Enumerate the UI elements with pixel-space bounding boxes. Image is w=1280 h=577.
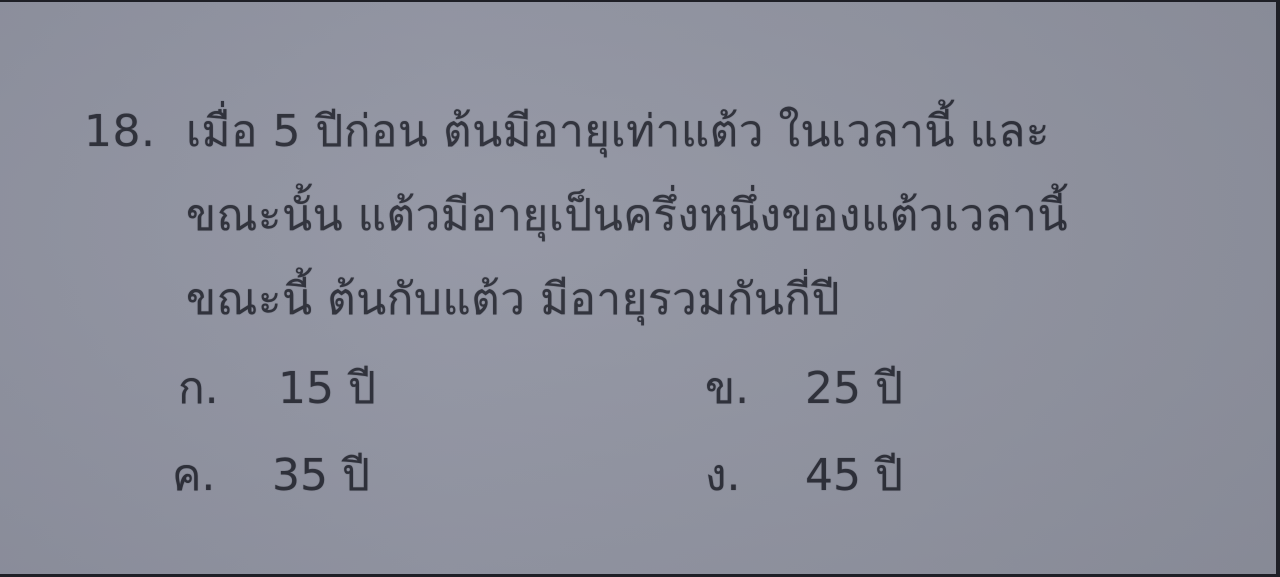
option-label: ง.	[705, 454, 805, 498]
option-b: ข.25 ปี	[705, 367, 903, 411]
option-c: ค.35 ปี	[172, 454, 370, 498]
option-value: 35 ปี	[272, 450, 370, 501]
question-line-1: เมื่อ 5 ปีก่อน ต้นมีอายุเท่าแต้ว ในเวลาน…	[186, 110, 1050, 154]
option-value: 25 ปี	[805, 363, 903, 414]
question-line-2: ขณะนั้น แต้วมีอายุเป็นครึ่งหนึ่งของแต้วเ…	[186, 194, 1068, 238]
option-label: ข.	[705, 367, 805, 411]
option-a: ก.15 ปี	[178, 367, 376, 411]
option-d: ง.45 ปี	[705, 454, 903, 498]
option-value: 45 ปี	[805, 450, 903, 501]
option-label: ก.	[178, 367, 278, 411]
exam-paper-photo: 18. เมื่อ 5 ปีก่อน ต้นมีอายุเท่าแต้ว ในเ…	[0, 2, 1276, 574]
question-line-3: ขณะนี้ ต้นกับแต้ว มีอายุรวมกันกี่ปี	[186, 278, 840, 322]
option-value: 15 ปี	[278, 363, 376, 414]
option-label: ค.	[172, 454, 272, 498]
question-number: 18.	[84, 110, 155, 154]
